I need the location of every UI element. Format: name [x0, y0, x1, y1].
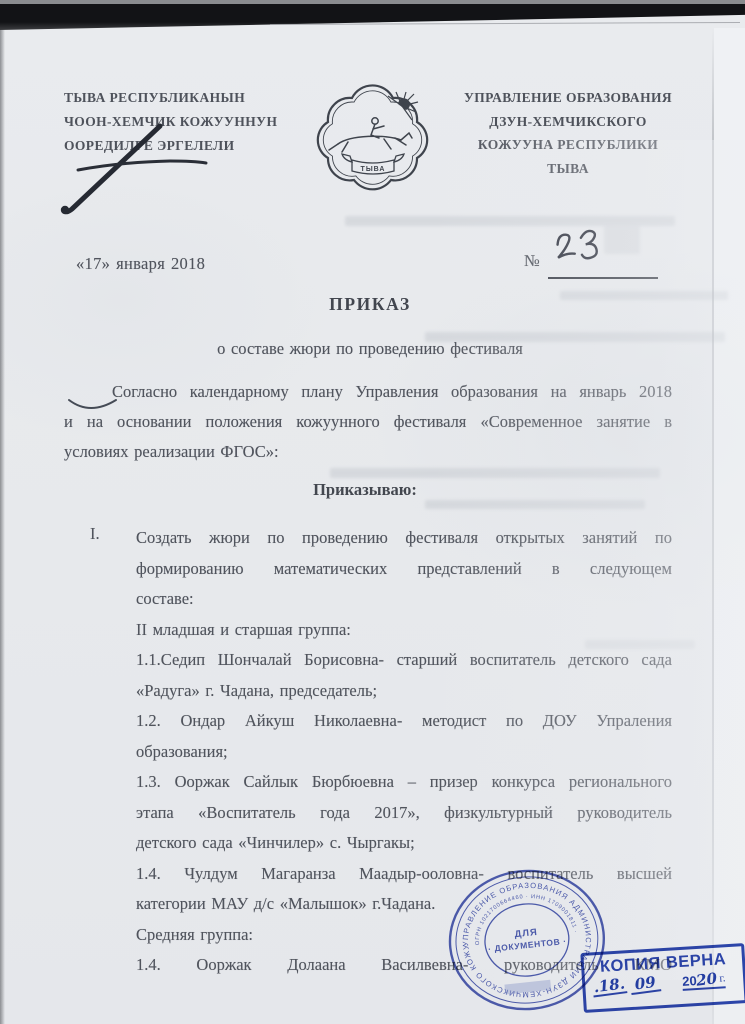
body-line: детского сада «Чинчилер» с. Чыргакы; — [136, 828, 672, 859]
document-subtitle: о составе жюри по проведению фестиваля — [65, 339, 675, 359]
bleed-through-line — [425, 500, 645, 509]
body-line: 1.3. Ооржак Сайлык Бюрбюевна – призер ко… — [136, 767, 672, 798]
horse-rider-icon — [329, 118, 412, 152]
letterhead-line: КОЖУУНА РЕСПУБЛИКИ — [450, 133, 686, 157]
paper-crease-line — [712, 28, 714, 1024]
order-word: Приказываю: — [65, 480, 665, 500]
handwritten-month: 09 — [629, 974, 661, 995]
handwritten-day: .18. — [591, 976, 627, 997]
bleed-through-line — [330, 468, 660, 478]
document-date: «17» января 2018 — [76, 254, 205, 274]
letterhead-line: УПРАВЛЕНИЕ ОБРАЗОВАНИЯ — [450, 86, 686, 110]
copy-verified-stamp: КОПИЯ ВЕРНА .18. 09 20 20 г. — [580, 943, 745, 1013]
handwritten-year: 20 — [696, 971, 719, 989]
letterhead-line: ТЫВА — [450, 157, 686, 181]
document-number-handwritten: 23 — [552, 226, 608, 273]
intro-paragraph: Согласно календарному плану Управления о… — [64, 377, 672, 467]
document-title: ПРИКАЗ — [65, 294, 675, 315]
body-line: составе: — [136, 584, 672, 615]
document-number-sign: № — [524, 251, 540, 271]
bleed-through-smudge — [604, 226, 640, 254]
letterhead-line: ДЗУН-ХЕМЧИКСКОГО — [450, 110, 686, 134]
year-suffix: г. — [719, 971, 726, 986]
scanner-left-shadow — [0, 0, 5, 1024]
body-line: 1.1.Седип Шончалай Борисовна- старший во… — [136, 645, 672, 676]
tuva-coat-of-arms-emblem: ТЫВА — [298, 82, 448, 196]
letterhead-org-russian: УПРАВЛЕНИЕ ОБРАЗОВАНИЯ ДЗУН-ХЕМЧИКСКОГО … — [450, 86, 686, 180]
pen-check-mark — [52, 112, 220, 220]
intro-line: Согласно календарному плану Управления о… — [64, 377, 672, 407]
paper-right-lighter-area — [714, 28, 745, 1024]
item-1-number: I. — [90, 524, 100, 544]
emblem-ribbon-text: ТЫВА — [361, 166, 386, 173]
body-line: 1.2. Ондар Айкуш Николаевна- методист по… — [136, 706, 672, 737]
body-line: «Радуга» г. Чадана, председатель; — [136, 676, 672, 707]
body-line: Создать жюри по проведению фестиваля отк… — [136, 523, 672, 554]
body-line: II младшая и старшая группа: — [136, 615, 672, 646]
stamp-year: 20 20 г. — [682, 971, 726, 991]
pen-curve-mark — [66, 394, 120, 418]
bleed-through-line — [345, 216, 675, 226]
body-line: этапа «Воспитатель года 2017», физкульту… — [136, 798, 672, 829]
scanner-top-black-band — [0, 4, 745, 30]
intro-line: и на основании положения кожуунного фест… — [64, 407, 672, 437]
body-line: образования; — [136, 737, 672, 768]
document-number-underline — [548, 277, 658, 279]
letterhead-line: ТЫВА РЕСПУБЛИКАНЫН — [64, 86, 304, 110]
scanned-order-document: ТЫВА РЕСПУБЛИКАНЫН ЧООН-ХЕМЧИК КОЖУУННУН… — [0, 0, 745, 1024]
body-line: формированию математических представлени… — [136, 554, 672, 585]
intro-line: условиях реализации ФГОС»: — [64, 437, 672, 467]
